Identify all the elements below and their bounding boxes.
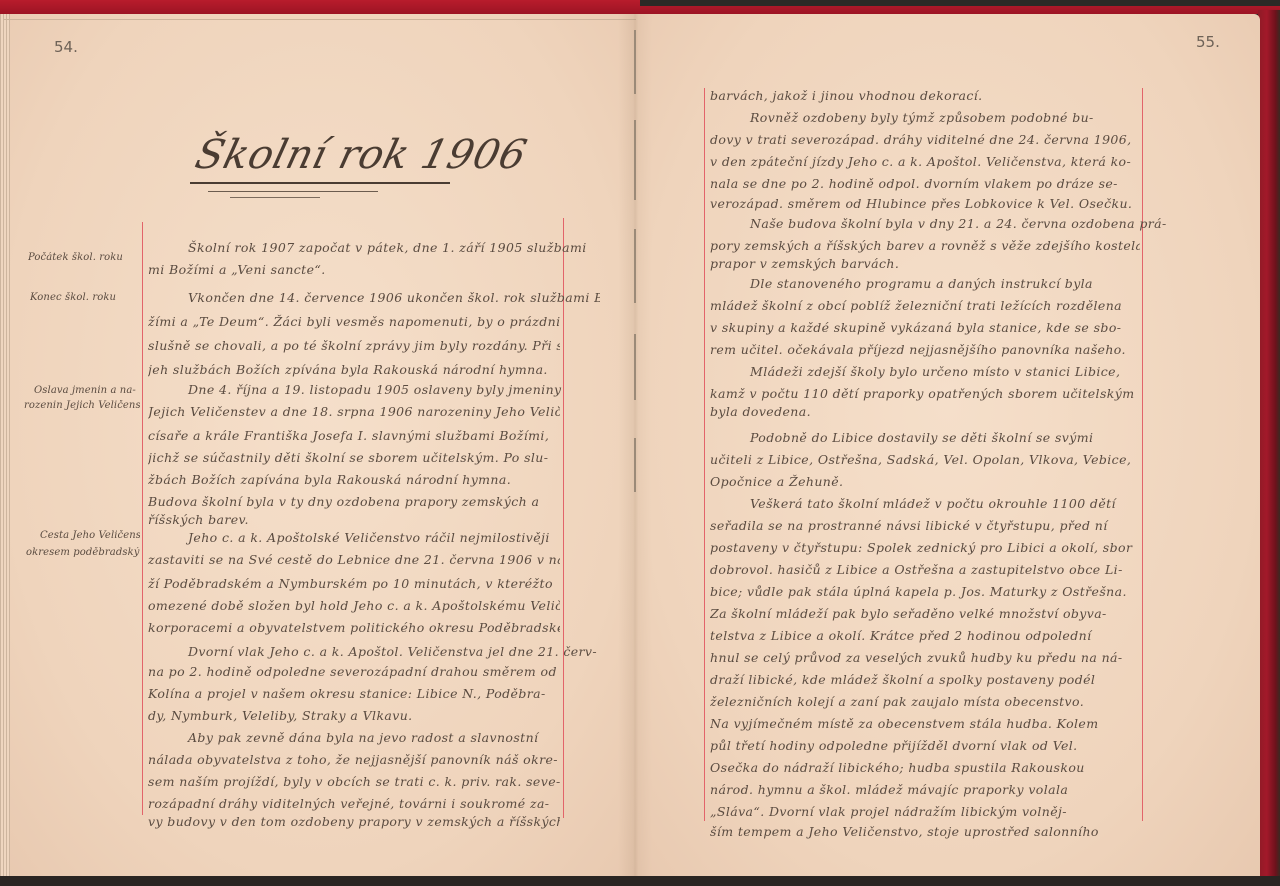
text-line: rem učitel. očekávala příjezd nejjasnějš… (710, 342, 1140, 357)
text-line: Budova školní byla v ty dny ozdobena pra… (148, 494, 560, 509)
margin-note: okresem poděbradským (26, 547, 140, 558)
text-line: ží Poděbradském a Nymburském po 10 minut… (148, 576, 560, 591)
text-line: železničních kolejí a zaní pak zaujalo m… (710, 694, 1140, 709)
text-line: prapor v zemských barvách. (710, 256, 1140, 271)
text-line: Dne 4. října a 19. listopadu 1905 oslave… (148, 382, 600, 397)
text-line: Školní rok 1907 započat v pátek, dne 1. … (148, 240, 600, 255)
text-line: zastaviti se na Své cestě do Lebnice dne… (148, 552, 560, 567)
text-line: dy, Nymburk, Veleliby, Straky a Vlkavu. (148, 708, 560, 723)
stitch-mark (634, 30, 636, 94)
text-line: Za školní mládeží pak bylo seřaděno velk… (710, 606, 1140, 621)
text-line: Vkončen dne 14. července 1906 ukončen šk… (148, 290, 600, 305)
text-line: postaveny v čtyřstupu: Spolek zednický p… (710, 540, 1140, 555)
text-line: bice; vůdle pak stála úplná kapela p. Jo… (710, 584, 1140, 599)
left-margin-rule (142, 222, 143, 815)
text-line: Jejich Veličenstev a dne 18. srpna 1906 … (148, 404, 560, 419)
text-line: žími a „Te Deum“. Žáci byli vesměs napom… (148, 314, 560, 329)
text-line: dovy v trati severozápad. dráhy viditeln… (710, 132, 1140, 147)
right-page-right-rule (1142, 88, 1143, 821)
stitch-mark (634, 120, 636, 200)
left-page-right-rule (563, 218, 564, 818)
text-line: ším tempem a Jeho Veličenstvo, stoje upr… (710, 824, 1140, 839)
text-line: půl třetí hodiny odpoledne přijížděl dvo… (710, 738, 1140, 753)
text-line: učiteli z Libice, Ostřešna, Sadská, Vel.… (710, 452, 1140, 467)
text-line: Naše budova školní byla v dny 21. a 24. … (710, 216, 1180, 231)
text-line: žbách Božích zapívána byla Rakouská náro… (148, 472, 560, 487)
margin-note: Cesta Jeho Veličenstva (40, 530, 140, 541)
text-line: Rovněž ozdobeny byly týmž způsobem podob… (710, 110, 1180, 125)
text-line: vy budovy v den tom ozdobeny prapory v z… (148, 814, 560, 829)
text-line: nala se dne po 2. hodině odpol. dvorním … (710, 176, 1140, 191)
text-line: Aby pak zevně dána byla na jevo radost a… (148, 730, 600, 745)
text-line: nálada obyvatelstva z toho, že nejjasněj… (148, 752, 560, 767)
margin-note: Oslava jmenin a na- (34, 385, 140, 396)
text-line: Opočnice a Žehuně. (710, 474, 1140, 489)
text-line: rozápadní dráhy viditelných veřejné, tov… (148, 796, 560, 811)
margin-note: rozenin Jejich Veličenstev (24, 400, 140, 411)
text-line: seřadila se na prostranné návsi libické … (710, 518, 1140, 533)
text-line: hnul se celý průvod za veselých zvuků hu… (710, 650, 1140, 665)
text-line: draží libické, kde mládež školní a spolk… (710, 672, 1140, 687)
text-line: Na vyjímečném místě za obecenstvem stála… (710, 716, 1140, 731)
text-line: dobrovol. hasičů z Libice a Ostřešna a z… (710, 562, 1140, 577)
margin-note: Počátek škol. roku (28, 252, 140, 263)
stitch-mark (634, 438, 636, 492)
text-line: Veškerá tato školní mládež v počtu okrou… (710, 496, 1180, 511)
text-line: mi Božími a „Veni sancte“. (148, 262, 560, 277)
page-number-right: 55. (1196, 33, 1220, 51)
top-page-rule (4, 19, 636, 20)
text-line: byla dovedena. (710, 404, 1140, 419)
text-line: národ. hymnu a škol. mládež mávajíc prap… (710, 782, 1140, 797)
text-line: Osečka do nádraží libického; hudba spust… (710, 760, 1140, 775)
text-line: korporacemi a obyvatelstvem politického … (148, 620, 560, 635)
text-line: Dle stanoveného programu a daných instru… (710, 276, 1180, 291)
title-underline (230, 197, 320, 198)
text-line: na po 2. hodině odpoledne severozápadní … (148, 664, 560, 679)
text-line: jichž se súčastnily děti školní se sbore… (148, 450, 560, 465)
text-line: verozápad. směrem od Hlubince přes Lobko… (710, 196, 1140, 211)
text-line: sem naším projíždí, byly v obcích se tra… (148, 774, 560, 789)
text-line: mládež školní z obcí poblíž železniční t… (710, 298, 1140, 313)
text-line: císaře a krále Františka Josefa I. slavn… (148, 428, 560, 443)
title-underline (190, 182, 450, 184)
text-line: v den zpáteční jízdy Jeho c. a k. Apošto… (710, 154, 1140, 169)
text-line: pory zemských a říšských barev a rovněž … (710, 238, 1140, 253)
title-underline (208, 191, 378, 192)
text-line: jeh službách Božích zpívána byla Rakousk… (148, 362, 560, 377)
text-line: „Sláva“. Dvorní vlak projel nádražím lib… (710, 804, 1140, 819)
margin-note: Konec škol. roku (30, 292, 140, 303)
text-line: v skupiny a každé skupině vykázaná byla … (710, 320, 1140, 335)
text-line: slušně se chovali, a po té školní zprávy… (148, 338, 560, 353)
text-line: barvách, jakož i jinou vhodnou dekorací. (710, 88, 1140, 103)
right-page-left-rule (704, 88, 705, 821)
stitch-mark (634, 334, 636, 400)
text-line: telstva z Libice a okolí. Krátce před 2 … (710, 628, 1140, 643)
text-line: Jeho c. a k. Apoštolské Veličenstvo ráči… (148, 530, 600, 545)
text-line: omezené době složen byl hold Jeho c. a k… (148, 598, 560, 613)
page-number-left: 54. (54, 38, 78, 56)
stacked-page-edges (0, 14, 10, 876)
book-cover-edge (640, 0, 1280, 6)
text-line: Podobně do Libice dostavily se děti škol… (710, 430, 1180, 445)
text-line: říšských barev. (148, 512, 560, 527)
text-line: Mládeži zdejší školy bylo určeno místo v… (710, 364, 1180, 379)
book-binding-bottom (0, 876, 1280, 886)
book-binding-right (1258, 10, 1280, 886)
text-line: kamž v počtu 110 dětí praporky opatřenýc… (710, 386, 1140, 401)
text-line: Kolína a projel v našem okresu stanice: … (148, 686, 560, 701)
text-line: Dvorní vlak Jeho c. a k. Apoštol. Veliče… (148, 644, 600, 659)
stitch-mark (634, 229, 636, 303)
